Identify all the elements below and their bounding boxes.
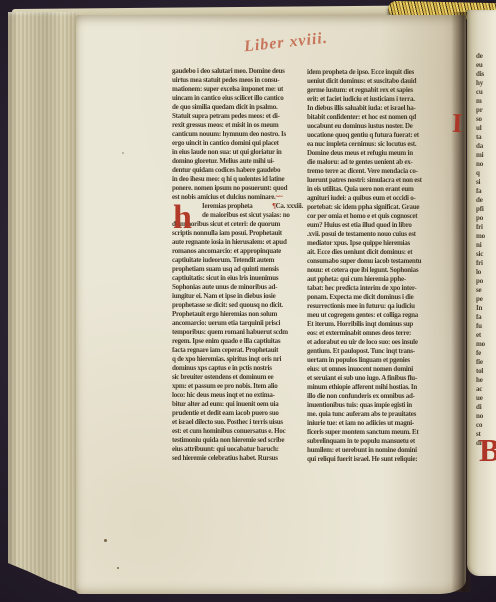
text-line: subrelinquam in te populu mansuetu et [307,437,448,446]
text-line: In diebus illis saluabit iuda: et israel… [307,104,448,113]
text-line: ni [476,241,496,250]
text-line: xpm: et passum ee pro nobis. Item alio [172,382,303,391]
text-line: eius attribuunt: qui uocabatur baruch: [172,445,303,454]
text-line: uirtus mea statuit pedes meos in consu- [172,76,303,85]
text-line: Domine deus meus et refugiu meum in [307,149,448,158]
text-line: me. quia tunc auferam abs te prauitates [307,410,448,419]
text-line: si [476,178,496,187]
text-line: di [476,403,496,412]
text-line: resurrectionis mee in futuru: qa iudiciu [307,302,448,311]
text-line: ergo uincit in cantico domini qui placet [172,139,303,148]
text-line: ac [476,385,496,394]
text-line: uocatione quoq gentiu q futura fuerat: e… [307,131,448,140]
text-line: Prophetauit ergo hieremias non solum [172,310,303,319]
text-line: et seruiant ei sub uno iugo. A finibus f… [307,374,448,383]
text-line: loco: hic deus meus inqt et no extima- [172,391,303,400]
text-line: ponere. nomen ipsum no posuerunt: quod [172,184,303,193]
text-line: tabat: hec predicta interim de xpo inter… [307,284,448,293]
text-line: uertam in populos linguam et pgenies [307,356,448,365]
text-line: prudentie et dedit eam iacob puero suo [172,409,303,418]
text-line: facta regnare iam ceperat. Prophetauit [172,346,303,355]
text-line: q de xpo hieremias. spiritus inqt oris n… [172,355,303,364]
text-line: ait. Ecce dies ueniunt dicit dominus: et [307,248,448,257]
text-line: da [476,142,496,151]
text-line: bitur alter ad eum: qui inuenit oem uia [172,400,303,409]
text-line: cor per omia et homo e et quis cognoscet [307,212,448,221]
text-line: testimoniu quida non hieremie sed scribe [172,436,303,445]
text-line: portebat: sic idem ppha significat. Grau… [307,203,448,212]
text-line: ta [476,133,496,142]
fore-edge-leaf-stack [8,12,78,592]
text-line: pe [476,295,496,304]
text-line: mationem: super excelsa imponet me: ut [172,85,303,94]
text-line: pfi [476,205,496,214]
text-line: fie [476,358,496,367]
text-line: gaudebo i deo salutari meo. Domine deus [172,67,303,76]
text-line: regem. Ipse enim quado e illa captiuitas [172,337,303,346]
text-line: de [476,196,496,205]
text-line: sic [476,250,496,259]
text-line: sed hieremie celebratius habet. Rursus [172,454,303,463]
text-line: mo [476,232,496,241]
text-line: no [476,160,496,169]
text-line: humilem: et uerebunt in nomine domini [307,446,448,455]
facing-initial-letter-bottom: B [479,434,496,466]
text-line: Statuit supra petram pedes meos: et di- [172,112,303,121]
text-line: pr [476,106,496,115]
text-line: m [476,97,496,106]
left-page: gaudebo i deo salutari meo. Domine deusu… [76,15,466,594]
text-line: captiuitate iudeorum. Tetendit autem [172,256,303,265]
text-line: temporibus: quem romani habuerut scdm [172,328,303,337]
text-line: illo die non confunderis ex omnibus ad- [307,392,448,401]
text-line: nouu: et cetera que ibi legunt. Sophonia… [307,266,448,275]
text-line: iungitur ei. Nam et ipse in diebus iosie [172,292,303,301]
text-line: et israel dilecto suo. Posthec i terris … [172,418,303,427]
drop-initial-h: h [173,201,192,235]
facing-initial-letter-top: I [452,110,463,137]
text-line: eius: ut omnes inuocent nomen domini [307,365,448,374]
foxing-speck [122,152,124,154]
text-line: aute regnante iosia in hierusalem: et ap… [172,238,303,247]
text-line: prophetiam suam usq ad quinti mensis [172,265,303,274]
line-fragment: Ieremias propheta [202,202,253,211]
text-line: ancomarcio: uerum etia tarquinii prisci [172,319,303,328]
book-photo: gaudebo i deo salutari meo. Domine deusu… [0,0,496,602]
text-line: In [476,304,496,313]
text-line: mediator xpus. Ipse quippe hieremias [307,239,448,248]
text-line: ul [476,124,496,133]
facing-text-fragments: deeudishycumprsoultadaminoqsifadepfipofr… [476,52,496,452]
text-line: die maloru: ad te gentes uenient ab ex- [307,158,448,167]
text-line: uincam in cantico eius scilicet illo can… [172,94,303,103]
text-line: no [476,412,496,421]
text-line: .xvii. posui de testamento nouo cuius es… [307,230,448,239]
foxing-speck [104,539,107,542]
text-line: co [476,421,496,430]
text-line: Et iterum. Horribilis inqt dominus sup [307,320,448,329]
text-line: tol [476,367,496,376]
text-line: fa [476,313,496,322]
text-line: uocabunt eu dominus iustus noster. De [307,122,448,131]
text-line: se [476,286,496,295]
text-line: fa [476,187,496,196]
text-line: de [476,52,496,61]
text-line: dentur quidam codices habere gaudebo [172,166,303,175]
text-line: dominus xps captus e in pctis nostris [172,364,303,373]
text-line: aut ppheta: qui cum hieremia pphe- [307,275,448,284]
text-line: dis [476,70,496,79]
text-line: agnituri iudei: a quibus eum et occidi o… [307,194,448,203]
text-line: po [476,277,496,286]
text-line: rexit gressus meos: et misit in os meum [172,121,303,130]
text-line: erit: et faciet iudiciu et iusticiam i t… [307,95,448,104]
text-line: mi [476,151,496,160]
text-line: sic breuiter ostendens et dominum ee [172,373,303,382]
text-line: germe iustum: et regnabit rex et sapies [307,86,448,95]
text-line: hy [476,79,496,88]
text-line: tremo terre ac dicent. Vere mendacia co- [307,167,448,176]
rubric-fragment: ~~ [276,193,283,202]
text-line: fe [476,349,496,358]
text-line: meu ut cogregem gentes: et colliga regna [307,311,448,320]
text-line: fri [476,223,496,232]
text-line: ueniut dicit dominus: et suscitabo dauid [307,77,448,86]
text-line: ue [476,394,496,403]
text-line: so [476,115,496,124]
left-text-column: gaudebo i deo salutari meo. Domine deusu… [172,67,303,463]
text-line: inuentionibus tuis: quas impie egisti in [307,401,448,410]
text-line: romanos ancomarcio: et appropinquate [172,247,303,256]
text-line: de quo similia quedam dicit in psalmo. [172,103,303,112]
text-line: eum? Huius est etia illud quod in libro [307,221,448,230]
text-line: he [476,376,496,385]
text-line: in deo ihesu meo: q hi q uolentes id lat… [172,175,303,184]
text-line: captiuitatis: sicut in eius lris inuenim… [172,274,303,283]
text-line: iniurie tue: et iam no adiicies ut magni… [307,419,448,428]
text-line: gentium. Et paulopost. Tunc inqt trans- [307,347,448,356]
text-line: fu [476,322,496,331]
text-line: ea nuc impleta cernimus: sic locutus est… [307,140,448,149]
text-line: luerunt patres nostri: simulacra et non … [307,176,448,185]
text-line: consumabo super domu iacob testamentu [307,257,448,266]
text-line: ponam. Expecta me dicit dominus i die [307,293,448,302]
text-line: domino gloretur. Melius aute mihi ui- [172,157,303,166]
text-line: eos: et exterminabit omnes deos terre: [307,329,448,338]
text-line: q [476,169,496,178]
text-line: in eis utilitas. Quia uero non erant eum [307,185,448,194]
text-line: eu [476,61,496,70]
foxing-speck [117,567,119,569]
text-line: prophetasse se dicit: sed quousq no dici… [172,301,303,310]
text-line: canticum nouum: hymnum deo nostro. Is [172,130,303,139]
text-line: cu [476,88,496,97]
text-line: in eius laude non sua: ut qui gloriatur … [172,148,303,157]
text-line: minum ethiopie afferent mihi hostias. In [307,383,448,392]
right-text-column: idem propheta de ipso. Ecce inquit diesu… [307,68,448,464]
text-line: po [476,214,496,223]
text-line: bitabit confidenter: et hoc est nomen qd [307,113,448,122]
line-fragment [253,202,273,211]
text-line: est: et cum hominibus conuersatus e. Hoc [172,427,303,436]
text-line: mo [476,340,496,349]
line-fragment: Ca. xxxiii. [276,202,303,211]
text-line: fri [476,259,496,268]
text-line: ficeris super montem sanctum meum. Et [307,428,448,437]
text-line: lo [476,268,496,277]
text-line: idem propheta de ipso. Ecce inquit dies [307,68,448,77]
text-line: et [476,331,496,340]
text-line: et adorabut eu uir de loco suo: oes insu… [307,338,448,347]
text-line: qui reliqui fuerit israel. He sunt reliq… [307,455,448,464]
text-line: Sophonias aute unus de minoribus ad- [172,283,303,292]
